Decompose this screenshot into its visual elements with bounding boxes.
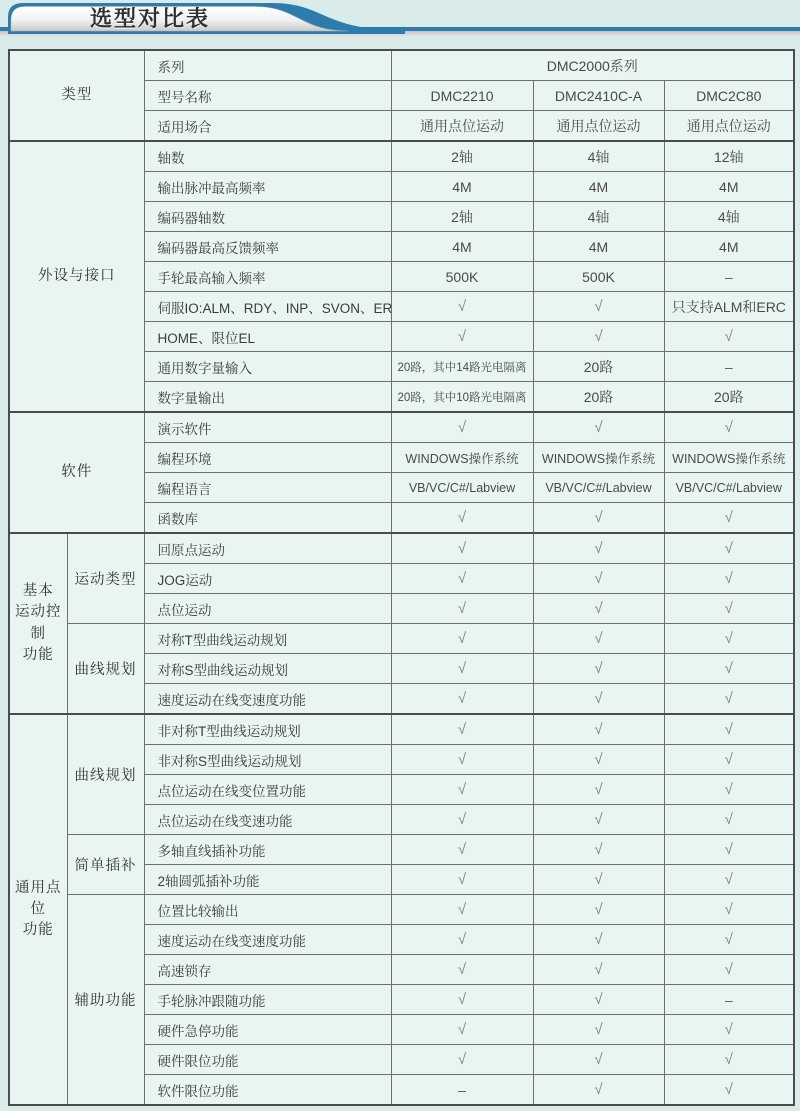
value-cell: √ bbox=[664, 684, 794, 715]
page-header-banner: 选型对比表 bbox=[0, 0, 800, 42]
row-label: 2轴圆弧插补功能 bbox=[144, 865, 391, 895]
row-label: 编码器最高反馈频率 bbox=[144, 232, 391, 262]
value-cell: √ bbox=[391, 895, 533, 925]
value-cell: √ bbox=[391, 745, 533, 775]
row-label: 编程环境 bbox=[144, 443, 391, 473]
value-cell: DMC2C80 bbox=[664, 81, 794, 111]
value-cell: 只支持ALM和ERC bbox=[664, 292, 794, 322]
value-cell: √ bbox=[391, 835, 533, 865]
value-cell: 4M bbox=[664, 232, 794, 262]
row-label: 点位运动在线变位置功能 bbox=[144, 775, 391, 805]
value-cell: √ bbox=[533, 1075, 664, 1106]
row-label: 对称S型曲线运动规划 bbox=[144, 654, 391, 684]
value-cell: √ bbox=[391, 412, 533, 443]
value-cell: √ bbox=[391, 925, 533, 955]
row-label: 函数库 bbox=[144, 503, 391, 534]
row-label: 编码器轴数 bbox=[144, 202, 391, 232]
row-label: HOME、限位EL bbox=[144, 322, 391, 352]
value-cell: 20路 bbox=[664, 382, 794, 413]
value-cell: √ bbox=[391, 624, 533, 654]
row-label: 输出脉冲最高频率 bbox=[144, 172, 391, 202]
table-row: 基本 运动控制 功能运动类型回原点运动√√√ bbox=[9, 533, 794, 564]
row-label: JOG运动 bbox=[144, 564, 391, 594]
section-label: 基本 运动控制 功能 bbox=[9, 533, 67, 714]
value-cell: √ bbox=[664, 624, 794, 654]
row-label: 轴数 bbox=[144, 141, 391, 172]
value-cell: √ bbox=[533, 895, 664, 925]
row-label: 演示软件 bbox=[144, 412, 391, 443]
value-cell: 4轴 bbox=[664, 202, 794, 232]
value-cell: 500K bbox=[391, 262, 533, 292]
value-cell: √ bbox=[664, 654, 794, 684]
value-cell: √ bbox=[533, 624, 664, 654]
value-cell: √ bbox=[664, 503, 794, 534]
value-cell: √ bbox=[391, 805, 533, 835]
value-cell: √ bbox=[664, 1045, 794, 1075]
value-cell: √ bbox=[533, 985, 664, 1015]
value-cell: √ bbox=[664, 895, 794, 925]
row-label: 伺服IO:ALM、RDY、INP、SVON、ERC bbox=[144, 292, 391, 322]
table-row: 外设与接口轴数2轴4轴12轴 bbox=[9, 141, 794, 172]
row-label: 速度运动在线变速度功能 bbox=[144, 925, 391, 955]
value-cell: WINDOWS操作系统 bbox=[664, 443, 794, 473]
value-cell: √ bbox=[664, 865, 794, 895]
value-cell: 2轴 bbox=[391, 141, 533, 172]
value-cell: √ bbox=[533, 292, 664, 322]
row-label: 手轮脉冲跟随功能 bbox=[144, 985, 391, 1015]
value-cell: √ bbox=[664, 322, 794, 352]
row-label: 高速锁存 bbox=[144, 955, 391, 985]
row-label: 回原点运动 bbox=[144, 533, 391, 564]
row-label: 通用数字量输入 bbox=[144, 352, 391, 382]
value-cell: √ bbox=[391, 775, 533, 805]
value-cell: VB/VC/C#/Labview bbox=[664, 473, 794, 503]
value-cell: √ bbox=[391, 684, 533, 715]
value-cell: 20路，其中14路光电隔离 bbox=[391, 352, 533, 382]
value-cell: 通用点位运动 bbox=[664, 111, 794, 142]
value-cell: √ bbox=[533, 835, 664, 865]
value-cell: √ bbox=[533, 1045, 664, 1075]
value-cell: √ bbox=[664, 714, 794, 745]
value-cell: √ bbox=[664, 594, 794, 624]
value-cell: √ bbox=[664, 805, 794, 835]
table-row: 通用点位 功能曲线规划非对称T型曲线运动规划√√√ bbox=[9, 714, 794, 745]
row-label: 软件限位功能 bbox=[144, 1075, 391, 1106]
value-cell: DMC2000系列 bbox=[391, 50, 794, 81]
value-cell: √ bbox=[533, 594, 664, 624]
value-cell: 4M bbox=[533, 172, 664, 202]
value-cell: √ bbox=[391, 322, 533, 352]
value-cell: √ bbox=[533, 654, 664, 684]
value-cell: √ bbox=[391, 292, 533, 322]
value-cell: √ bbox=[391, 533, 533, 564]
row-label: 适用场合 bbox=[144, 111, 391, 142]
section-label: 软件 bbox=[9, 412, 144, 533]
value-cell: √ bbox=[533, 805, 664, 835]
table-row: 辅助功能位置比较输出√√√ bbox=[9, 895, 794, 925]
value-cell: – bbox=[391, 1075, 533, 1106]
table-row: 类型系列DMC2000系列 bbox=[9, 50, 794, 81]
subsection-label: 简单插补 bbox=[67, 835, 144, 895]
row-label: 硬件急停功能 bbox=[144, 1015, 391, 1045]
value-cell: DMC2210 bbox=[391, 81, 533, 111]
value-cell: – bbox=[664, 262, 794, 292]
value-cell: √ bbox=[664, 745, 794, 775]
value-cell: – bbox=[664, 352, 794, 382]
value-cell: VB/VC/C#/Labview bbox=[391, 473, 533, 503]
section-label: 类型 bbox=[9, 50, 144, 141]
table-row: 曲线规划对称T型曲线运动规划√√√ bbox=[9, 624, 794, 654]
row-label: 多轴直线插补功能 bbox=[144, 835, 391, 865]
value-cell: 4M bbox=[533, 232, 664, 262]
row-label: 编程语言 bbox=[144, 473, 391, 503]
value-cell: √ bbox=[533, 564, 664, 594]
row-label: 型号名称 bbox=[144, 81, 391, 111]
row-label: 硬件限位功能 bbox=[144, 1045, 391, 1075]
value-cell: √ bbox=[664, 775, 794, 805]
value-cell: – bbox=[664, 985, 794, 1015]
value-cell: WINDOWS操作系统 bbox=[533, 443, 664, 473]
value-cell: 4M bbox=[391, 172, 533, 202]
value-cell: √ bbox=[391, 865, 533, 895]
row-label: 位置比较输出 bbox=[144, 895, 391, 925]
value-cell: √ bbox=[391, 1015, 533, 1045]
row-label: 点位运动 bbox=[144, 594, 391, 624]
value-cell: √ bbox=[664, 564, 794, 594]
value-cell: 20路 bbox=[533, 382, 664, 413]
value-cell: √ bbox=[533, 865, 664, 895]
value-cell: √ bbox=[391, 503, 533, 534]
row-label: 点位运动在线变速功能 bbox=[144, 805, 391, 835]
value-cell: √ bbox=[391, 985, 533, 1015]
row-label: 系列 bbox=[144, 50, 391, 81]
value-cell: 4M bbox=[664, 172, 794, 202]
value-cell: 2轴 bbox=[391, 202, 533, 232]
value-cell: √ bbox=[664, 835, 794, 865]
value-cell: √ bbox=[533, 714, 664, 745]
value-cell: 通用点位运动 bbox=[533, 111, 664, 142]
value-cell: √ bbox=[664, 533, 794, 564]
value-cell: DMC2410C-A bbox=[533, 81, 664, 111]
value-cell: 4轴 bbox=[533, 141, 664, 172]
value-cell: √ bbox=[533, 775, 664, 805]
value-cell: 500K bbox=[533, 262, 664, 292]
row-label: 手轮最高输入频率 bbox=[144, 262, 391, 292]
value-cell: √ bbox=[533, 745, 664, 775]
value-cell: √ bbox=[664, 1075, 794, 1106]
value-cell: √ bbox=[391, 564, 533, 594]
table-row: 简单插补多轴直线插补功能√√√ bbox=[9, 835, 794, 865]
value-cell: √ bbox=[533, 533, 664, 564]
value-cell: √ bbox=[391, 1045, 533, 1075]
subsection-label: 曲线规划 bbox=[67, 714, 144, 835]
value-cell: √ bbox=[664, 925, 794, 955]
value-cell: √ bbox=[664, 955, 794, 985]
table-row: 软件演示软件√√√ bbox=[9, 412, 794, 443]
value-cell: √ bbox=[391, 654, 533, 684]
value-cell: VB/VC/C#/Labview bbox=[533, 473, 664, 503]
value-cell: √ bbox=[391, 955, 533, 985]
subsection-label: 辅助功能 bbox=[67, 895, 144, 1106]
value-cell: √ bbox=[391, 594, 533, 624]
value-cell: 12轴 bbox=[664, 141, 794, 172]
value-cell: √ bbox=[391, 714, 533, 745]
section-label: 外设与接口 bbox=[9, 141, 144, 412]
page-title: 选型对比表 bbox=[60, 6, 240, 32]
subsection-label: 运动类型 bbox=[67, 533, 144, 624]
value-cell: 通用点位运动 bbox=[391, 111, 533, 142]
value-cell: 4轴 bbox=[533, 202, 664, 232]
row-label: 速度运动在线变速度功能 bbox=[144, 684, 391, 715]
value-cell: √ bbox=[533, 322, 664, 352]
value-cell: √ bbox=[664, 1015, 794, 1045]
value-cell: √ bbox=[533, 955, 664, 985]
value-cell: √ bbox=[533, 1015, 664, 1045]
row-label: 对称T型曲线运动规划 bbox=[144, 624, 391, 654]
value-cell: √ bbox=[533, 503, 664, 534]
value-cell: 20路，其中10路光电隔离 bbox=[391, 382, 533, 413]
selection-comparison-table: 类型系列DMC2000系列型号名称DMC2210DMC2410C-ADMC2C8… bbox=[8, 49, 795, 1106]
value-cell: 20路 bbox=[533, 352, 664, 382]
value-cell: 4M bbox=[391, 232, 533, 262]
section-label: 通用点位 功能 bbox=[9, 714, 67, 1105]
value-cell: √ bbox=[533, 684, 664, 715]
value-cell: √ bbox=[533, 925, 664, 955]
subsection-label: 曲线规划 bbox=[67, 624, 144, 715]
value-cell: √ bbox=[533, 412, 664, 443]
value-cell: WINDOWS操作系统 bbox=[391, 443, 533, 473]
row-label: 非对称S型曲线运动规划 bbox=[144, 745, 391, 775]
comparison-table-container: 类型系列DMC2000系列型号名称DMC2210DMC2410C-ADMC2C8… bbox=[8, 49, 793, 1106]
row-label: 数字量输出 bbox=[144, 382, 391, 413]
value-cell: √ bbox=[664, 412, 794, 443]
row-label: 非对称T型曲线运动规划 bbox=[144, 714, 391, 745]
